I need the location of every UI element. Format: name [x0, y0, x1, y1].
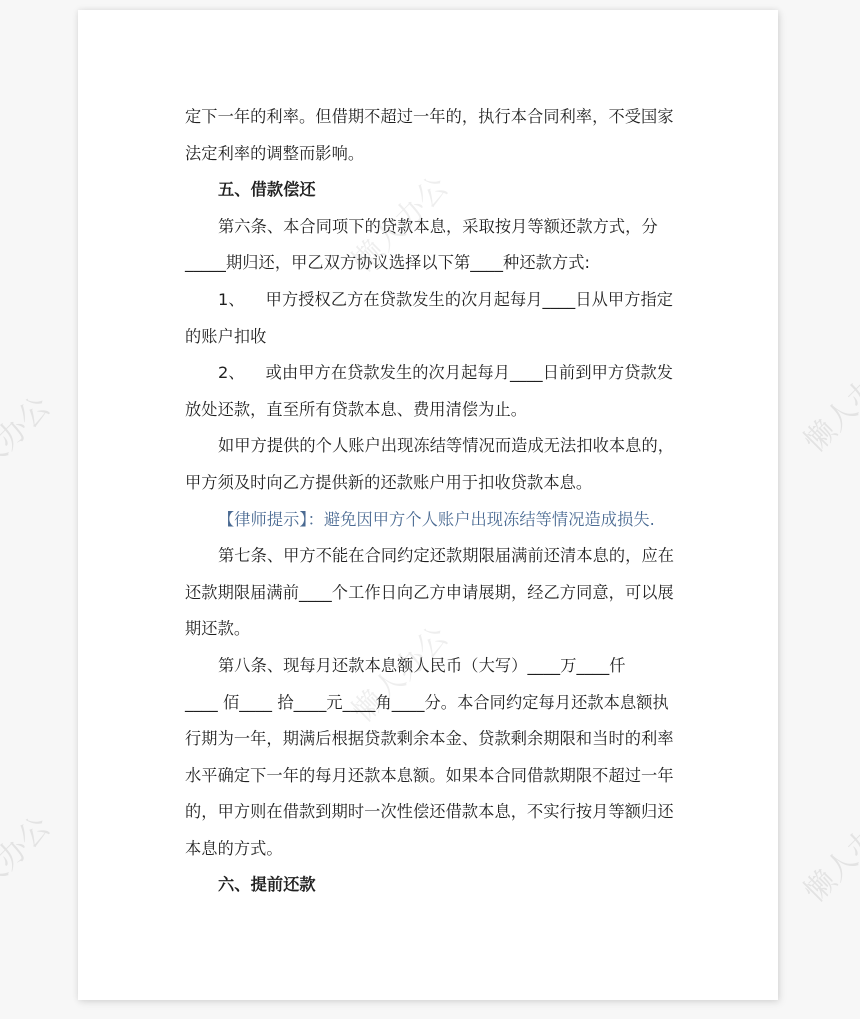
option-1-line: 1、 甲方授权乙方在贷款发生的次月起每月____日从甲方指定 [185, 282, 685, 319]
article-6-line: _____期归还，甲乙双方协议选择以下第____种还款方式: [185, 245, 685, 282]
watermark-left-top: 懒人办公 [0, 384, 58, 500]
article-8-line: 水平确定下一年的每月还款本息额。如果本合同借款期限不超过一年 [185, 758, 685, 795]
article-7-line: 还款期限届满前____个工作日向乙方申请展期，经乙方同意，可以展 [185, 575, 685, 612]
option-1-line: 的账户扣收 [185, 319, 685, 356]
paragraph-line: 法定利率的调整而影响。 [185, 136, 685, 173]
section-heading-repayment: 五、借款偿还 [185, 172, 685, 209]
watermark-right-bottom: 懒人办公 [792, 794, 860, 910]
article-7-line: 第七条、甲方不能在合同约定还款期限届满前还清本息的，应在 [185, 538, 685, 575]
option-2-line: 放处还款，直至所有贷款本息、费用清偿为止。 [185, 392, 685, 429]
account-freeze-line: 甲方须及时向乙方提供新的还款账户用于扣收贷款本息。 [185, 465, 685, 502]
option-2-line: 2、 或由甲方在贷款发生的次月起每月____日前到甲方贷款发 [185, 355, 685, 392]
document-body: 定下一年的利率。但借期不超过一年的，执行本合同利率，不受国家 法定利率的调整而影… [185, 99, 685, 904]
article-8-line: 行期为一年，期满后根据贷款剩余本金、贷款剩余期限和当时的利率 [185, 721, 685, 758]
article-7-line: 期还款。 [185, 611, 685, 648]
account-freeze-line: 如甲方提供的个人账户出现冻结等情况而造成无法扣收本息的， [185, 428, 685, 465]
article-6-line: 第六条、本合同项下的贷款本息，采取按月等额还款方式，分 [185, 209, 685, 246]
paragraph-line: 定下一年的利率。但借期不超过一年的，执行本合同利率，不受国家 [185, 99, 685, 136]
document-page: 懒人办公 懒人办公 定下一年的利率。但借期不超过一年的，执行本合同利率，不受国家… [78, 10, 778, 1000]
section-heading-prepayment: 六、提前还款 [185, 867, 685, 904]
article-8-line: 本息的方式。 [185, 831, 685, 868]
article-8-line: 的，甲方则在借款到期时一次性偿还借款本息，不实行按月等额归还 [185, 794, 685, 831]
watermark-left-bottom: 懒人办公 [0, 804, 58, 920]
lawyer-tip: 【律师提示】：避免因甲方个人账户出现冻结等情况造成损失. [185, 502, 685, 539]
article-8-line: ____ 佰____ 拾____元____角____分。本合同约定每月还款本息额… [185, 685, 685, 722]
article-8-line: 第八条、现每月还款本息额人民币（大写）____万____仟 [185, 648, 685, 685]
watermark-right-top: 懒人办公 [792, 344, 860, 460]
